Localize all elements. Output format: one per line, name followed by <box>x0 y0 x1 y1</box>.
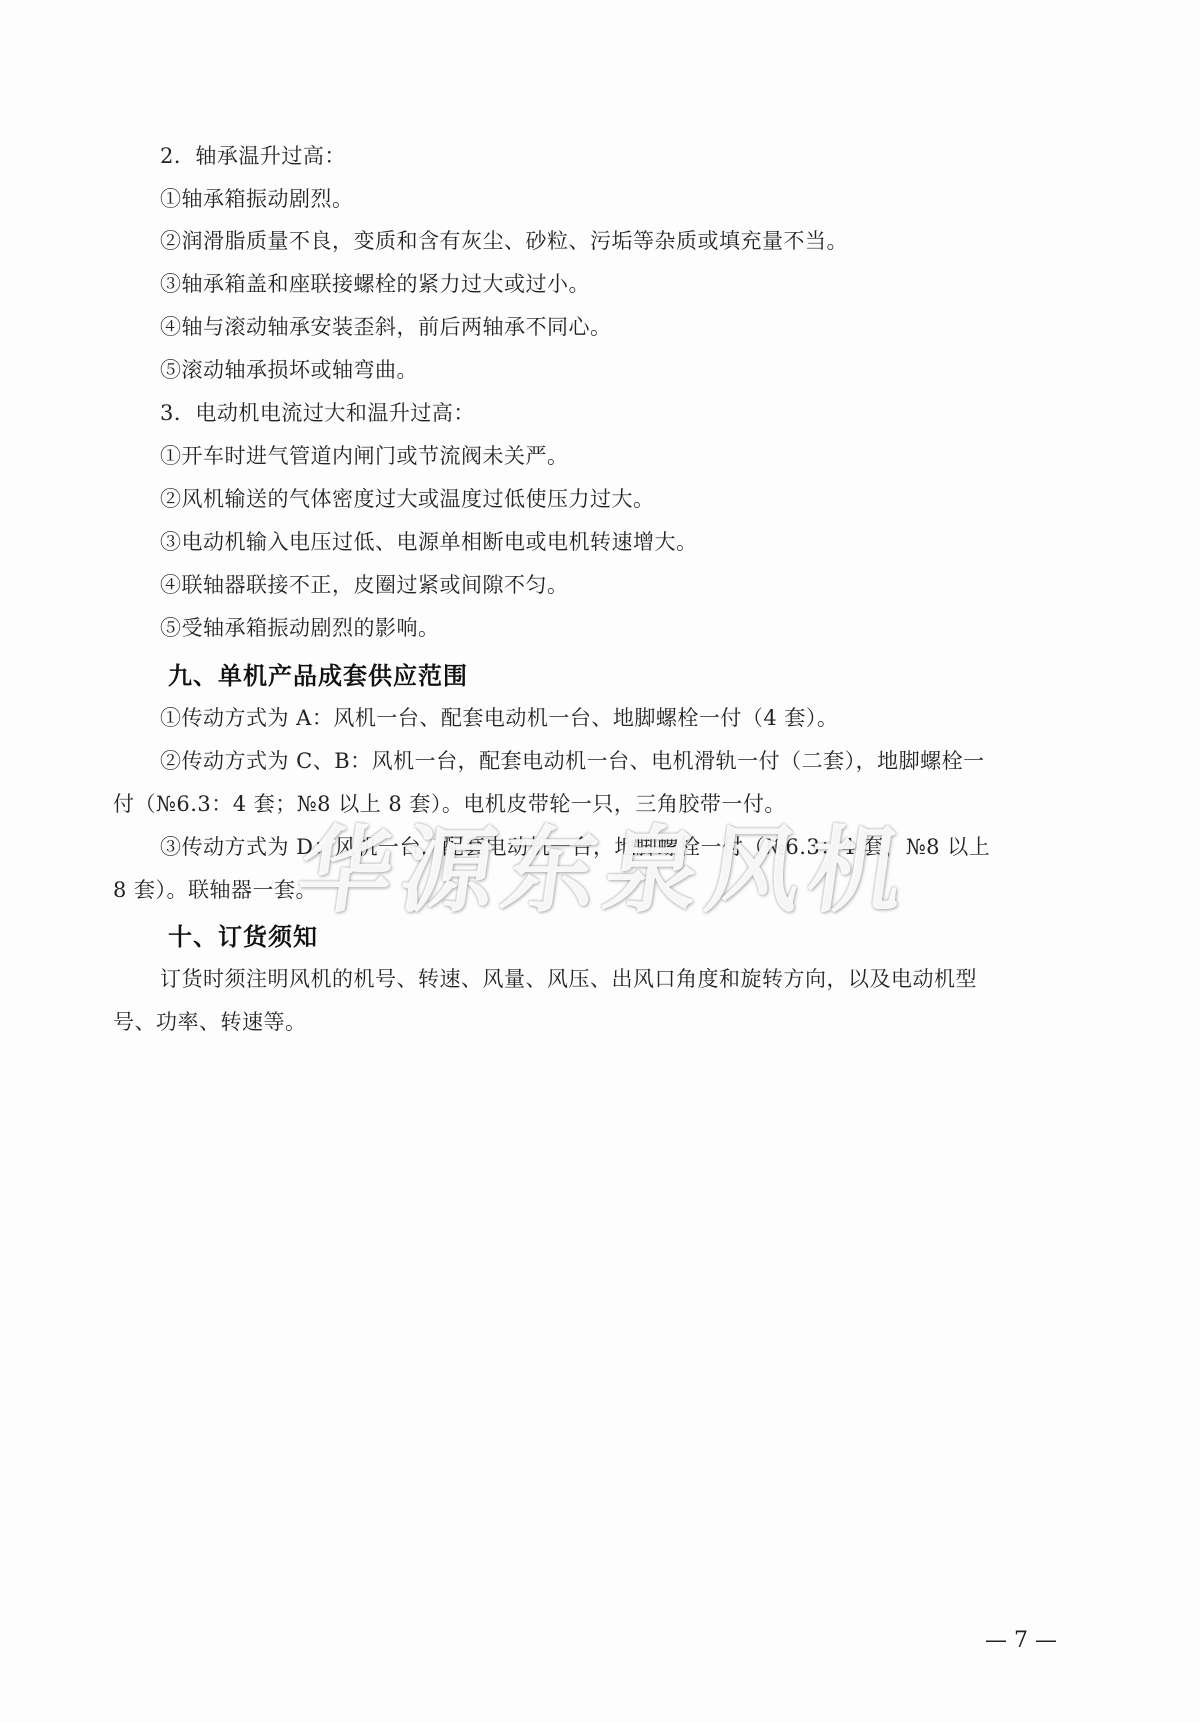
list-item: ⑤受轴承箱振动剧烈的影响。 <box>160 612 440 642</box>
paragraph-line: ②传动方式为 C、B：风机一台，配套电动机一台、电机滑轨一付（二套），地脚螺栓一 <box>160 745 985 775</box>
section-9-heading: 九、单机产品成套供应范围 <box>168 656 468 691</box>
list-item: ③电动机输入电压过低、电源单相断电或电机转速增大。 <box>160 526 698 556</box>
list-item: ①轴承箱振动剧烈。 <box>160 183 354 213</box>
paragraph-line: 8 套）。联轴器一套。 <box>113 874 317 904</box>
section-3-title: 3．电动机电流过大和温升过高： <box>160 397 475 427</box>
list-item: ②润滑脂质量不良，变质和含有灰尘、砂粒、污垢等杂质或填充量不当。 <box>160 225 848 255</box>
list-item: ①开车时进气管道内闸门或节流阀未关严。 <box>160 440 569 470</box>
list-item: ②风机输送的气体密度过大或温度过低使压力过大。 <box>160 483 655 513</box>
page-number: — 7 — <box>985 1628 1057 1653</box>
document-page: 2．轴承温升过高： ①轴承箱振动剧烈。 ②润滑脂质量不良，变质和含有灰尘、砂粒、… <box>0 0 1200 1723</box>
watermark: 华源东泉风机 <box>291 795 922 930</box>
section-2-title: 2．轴承温升过高： <box>160 140 346 170</box>
list-item: ⑤滚动轴承损坏或轴弯曲。 <box>160 354 418 384</box>
list-item: ④联轴器联接不正，皮圈过紧或间隙不匀。 <box>160 569 569 599</box>
paragraph-line: 订货时须注明风机的机号、转速、风量、风压、出风口角度和旋转方向，以及电动机型 <box>160 963 977 993</box>
paragraph-line: ①传动方式为 A：风机一台、配套电动机一台、地脚螺栓一付（4 套）。 <box>160 702 838 732</box>
list-item: ④轴与滚动轴承安装歪斜，前后两轴承不同心。 <box>160 311 612 341</box>
list-item: ③轴承箱盖和座联接螺栓的紧力过大或过小。 <box>160 268 590 298</box>
paragraph-line: 号、功率、转速等。 <box>113 1006 307 1036</box>
